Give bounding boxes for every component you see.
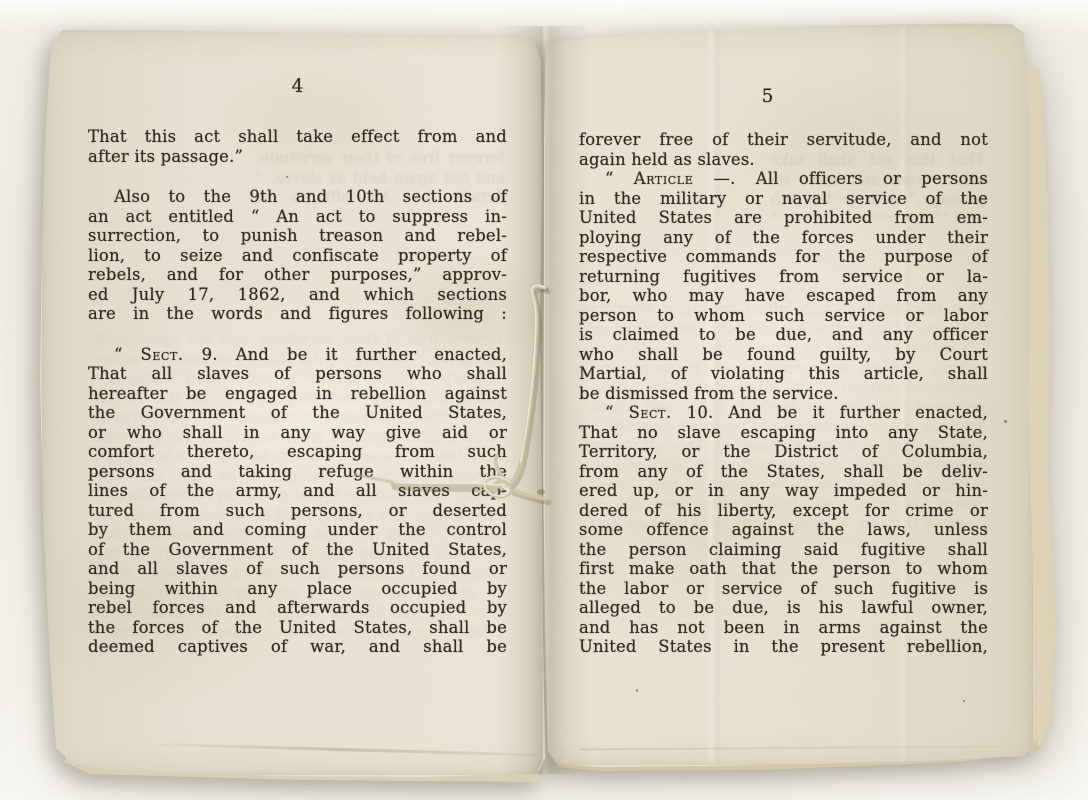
text-line: the forces of the United States, shall b… — [88, 618, 507, 638]
page-5-text: forever free of their servitude, and not… — [579, 130, 988, 657]
paper-speck — [963, 700, 965, 702]
text-line: person to whom such service or labor — [579, 306, 988, 326]
text-line: rebel forces and afterwards occupied by — [88, 598, 507, 618]
text-line: Territory, or the District of Columbia, — [579, 442, 988, 462]
text-line: Martial, of violating this article, shal… — [579, 364, 988, 384]
page-number-4: 4 — [88, 76, 507, 97]
text-line: alleged to be due, is his lawful owner, — [579, 598, 988, 618]
text-line: rebels, and for other purposes,” approv- — [88, 265, 507, 285]
text-line: is claimed to be due, and any officer — [579, 325, 988, 345]
text-line: the labor or service of such fugitive is — [579, 579, 988, 599]
text-line: bor, who may have escaped from any — [579, 286, 988, 306]
text-line: lines of the army, and all slaves cap- — [88, 481, 507, 501]
text-line: the person claiming said fugitive shall — [579, 540, 988, 560]
text-line: tured from such persons, or deserted — [88, 501, 507, 521]
text-line: ed July 17, 1862, and which sections — [88, 285, 507, 305]
paper-speck — [636, 689, 638, 692]
text-line: respective commands for the purpose of — [579, 247, 988, 267]
text-line: comfort thereto, escaping from such — [88, 442, 507, 462]
text-line: of the Government of the United States, — [88, 540, 507, 560]
text-line: “ Sect. 9. And be it further enacted, — [88, 345, 507, 365]
text-line: returning fugitives from service or la- — [579, 267, 988, 287]
text-line: are in the words and figures following : — [88, 304, 507, 324]
text-line: again held as slaves. — [579, 150, 988, 170]
text-line: and has not been in arms against the — [579, 618, 988, 638]
text-line: by them and coming under the control — [88, 520, 507, 540]
text-line: forever free of their servitude, and not — [579, 130, 988, 150]
page-4-text: That this act shall take effect from and… — [88, 127, 507, 657]
text-line: United States are prohibited from em- — [579, 208, 988, 228]
text-line: or who shall in any way give aid or — [88, 423, 507, 443]
text-line: “ Sect. 10. And be it further enacted, — [579, 403, 988, 423]
text-line: That all slaves of persons who shall — [88, 364, 507, 384]
pamphlet: forever free of their servitude, and not… — [0, 0, 1088, 800]
text-line: and all slaves of such persons found or — [88, 559, 507, 579]
text-line: first make oath that the person to whom — [579, 559, 988, 579]
text-line: the Government of the United States, — [88, 403, 507, 423]
text-line: “ Article —. All officers or persons — [579, 169, 988, 189]
text-line: lion, to seize and confiscate property o… — [88, 246, 507, 266]
text-line: Also to the 9th and 10th sections of — [88, 187, 507, 207]
text-line: surrection, to punish treason and rebel- — [88, 226, 507, 246]
text-line: an act entitled “ An act to suppress in- — [88, 207, 507, 227]
text-line: from any of the States, shall be deliv- — [579, 462, 988, 482]
photograph-of-open-pamphlet: forever free of their servitude, and not… — [0, 0, 1088, 800]
text-line: ered up, or in any way impeded or hin- — [579, 481, 988, 501]
text-line: some offence against the laws, unless — [579, 520, 988, 540]
text-line: United States in the present rebellion, — [579, 637, 988, 657]
paper-speck — [286, 176, 288, 178]
text-line: who shall be found guilty, by Court — [579, 345, 988, 365]
text-line: after its passage.” — [88, 147, 507, 167]
text-line: being within any place occupied by — [88, 579, 507, 599]
text-line: deemed captives of war, and shall be — [88, 637, 507, 657]
text-line: That this act shall take effect from and — [88, 127, 507, 147]
text-line: in the military or naval service of the — [579, 189, 988, 209]
text-line: dered of his liberty, except for crime o… — [579, 501, 988, 521]
text-line: persons and taking refuge within the — [88, 462, 507, 482]
text-line: be dismissed from the service. — [579, 384, 988, 404]
page-number-5: 5 — [563, 86, 972, 107]
text-line: That no slave escaping into any State, — [579, 423, 988, 443]
text-line: hereafter be engaged in rebellion agains… — [88, 384, 507, 404]
paper-speck — [1004, 420, 1007, 423]
text-line: ploying any of the forces under their — [579, 228, 988, 248]
